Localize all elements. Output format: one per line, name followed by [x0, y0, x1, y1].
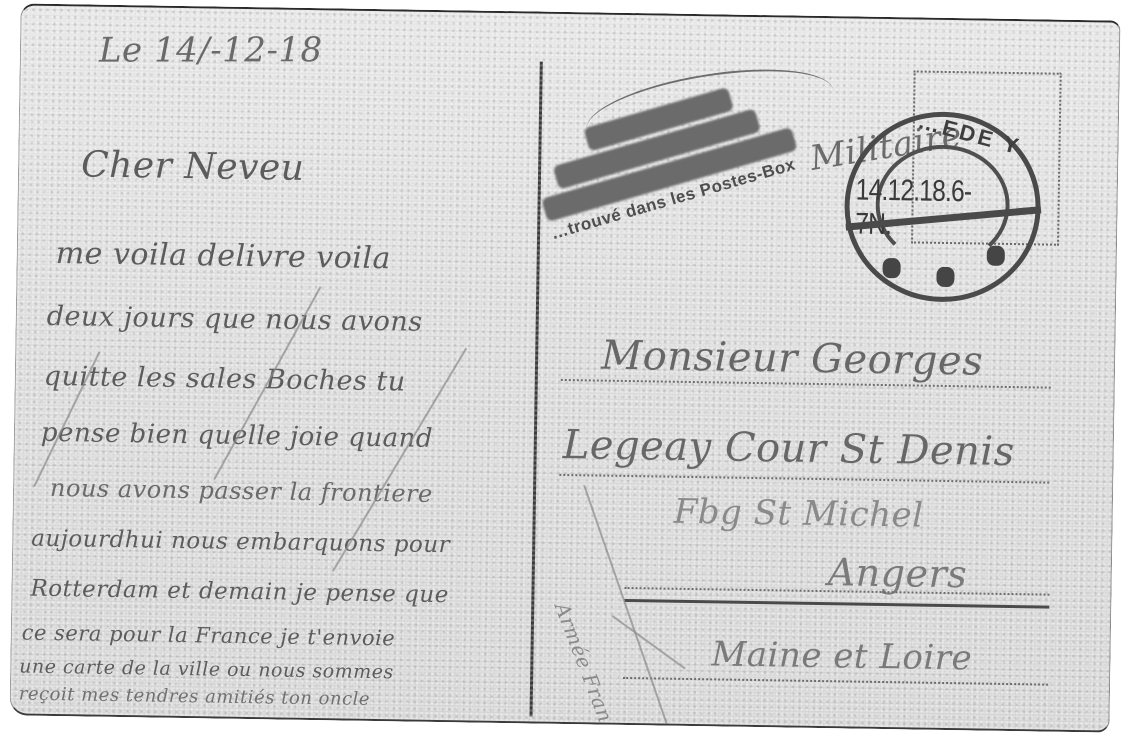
postmark: …EDE Y 14.12.18.6-7N.	[843, 110, 1042, 303]
header-date: Le 14/-12-18	[99, 30, 323, 70]
message-line: aujourdhui nous embarquons pour	[31, 526, 450, 559]
message-line: me voila delivre voila	[55, 236, 391, 276]
address-rule	[623, 677, 1048, 686]
message-line: nous avons passer la frontiere	[50, 474, 433, 508]
address-line-2: Legeay Cour St Denis	[562, 422, 1015, 475]
scan-background: & Bruneau Le 14/-12-18 Cher Neveu me voi…	[0, 0, 1125, 755]
address-line-1: Monsieur Georges	[601, 333, 984, 385]
address-block: Monsieur Georges Legeay Cour St Denis Fb…	[22, 5, 1120, 22]
address-line-5: Maine et Loire	[711, 634, 972, 678]
address-rule	[559, 474, 1049, 484]
postmark-ornament	[936, 267, 954, 287]
message-line: une carte de la ville ou nous sommes	[19, 655, 394, 683]
pencil-stroke	[612, 615, 686, 669]
postcard: & Bruneau Le 14/-12-18 Cher Neveu me voi…	[9, 3, 1120, 732]
message-line: deux jours que nous avons	[47, 301, 423, 338]
message-line: quitte les sales Boches tu	[44, 361, 406, 398]
address-line-3: Fbg St Michel	[673, 492, 923, 536]
postmark-date: 14.12.18.6-7N.	[855, 174, 1004, 244]
message-body: Cher Neveu me voila delivre voila deux j…	[22, 5, 1120, 22]
postmark-ornament	[882, 258, 900, 278]
message-line: ce sera pour la France je t'envoie	[22, 621, 396, 651]
message-line: reçoit mes tendres amitiés ton oncle	[19, 683, 371, 710]
address-solid-rule	[624, 599, 1049, 609]
message-salutation: Cher Neveu	[81, 144, 305, 189]
side-annotation: & Bruneau	[9, 35, 23, 157]
message-line: Rotterdam et demain je pense que	[30, 576, 449, 609]
postmark-ornament	[987, 246, 1005, 266]
address-line-4: Angers	[827, 550, 967, 596]
